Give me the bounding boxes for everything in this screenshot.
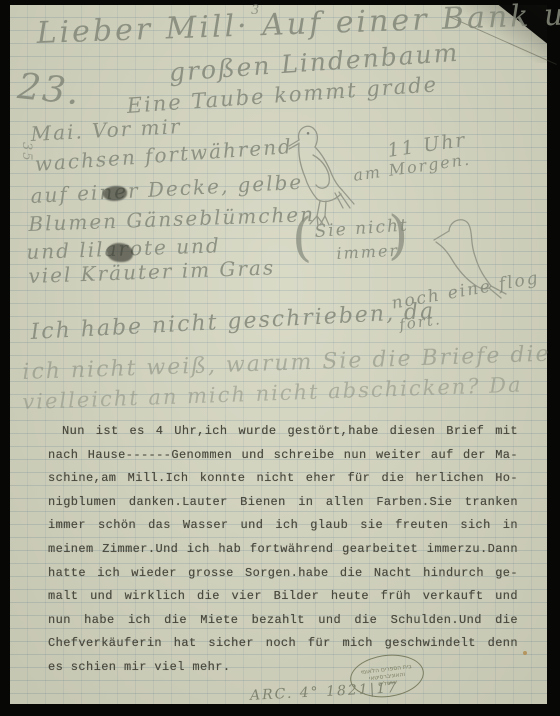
typed-line: nach Hause------Genommen und schreibe nu… <box>48 444 518 468</box>
typed-line: meinem Zimmer.Und ich hab fortwährend ge… <box>48 538 518 562</box>
typed-line: Nun ist es 4 Uhr,ich wurde gestört,habe … <box>48 420 518 444</box>
typed-line: immer schön das Wasser und ich glaub sie… <box>48 514 518 538</box>
ink-blot <box>107 243 133 262</box>
handwritten-margin-number: 35 <box>19 142 34 163</box>
handwritten-date: 23. <box>16 66 83 113</box>
scanned-letter-page: 3 Lieber Mill· Auf einer Bank unterm gro… <box>0 0 560 716</box>
typed-line: schine,am Mill.Ich konnte nicht eher für… <box>48 467 518 491</box>
parenthesis-close: ) <box>388 206 410 266</box>
ink-blot <box>103 186 127 201</box>
typed-line: malt und wirklich die vier Bilder heute … <box>48 585 518 609</box>
standing-dove-sketch <box>283 120 355 235</box>
typed-line: nigblumen danken.Lauter Bienen in allen … <box>48 491 518 515</box>
typed-line: es schien mir viel mehr. <box>48 656 518 680</box>
typed-line: hatte ich wieder grosse Sorgen.habe die … <box>48 562 518 586</box>
typewritten-paragraph: Nun ist es 4 Uhr,ich wurde gestört,habe … <box>48 420 518 680</box>
stain-dot <box>523 651 527 655</box>
typed-line: Chefverkäuferin hat sicher noch für mich… <box>48 632 518 656</box>
typed-line: nun habe ich die Miete bezahlt und die S… <box>48 609 518 633</box>
